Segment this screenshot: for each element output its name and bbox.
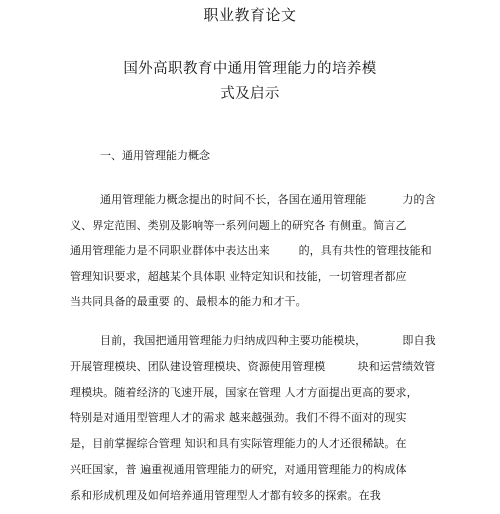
- document-title-line-1: 国外高职教育中通用管理能力的培养模: [0, 57, 500, 78]
- document-title-line-2: 式及启示: [0, 82, 500, 103]
- section-heading: 一、通用管理能力概念: [100, 147, 210, 163]
- paragraph-2-line: 兴旺国家，普 遍重视通用管理能力的研究，对通用管理能力的构成体: [70, 461, 407, 477]
- paragraph-1-line: 管理知识要求，超越某个具体职 业特定知识和技能，一切管理者都应: [70, 268, 407, 284]
- paragraph-2-line: 目前，我国把通用管理能力归纳成四种主要功能模块， 即自我: [100, 332, 436, 348]
- paragraph-1-line: 通用管理能力概念提出的时间不长，各国在通用管理能 力的含: [100, 191, 436, 207]
- paragraph-2-line: 特别是对通用型管理人才的需求 越来越强劲。我们不得不面对的现实: [70, 409, 407, 425]
- paragraph-1-line: 通用管理能力是不同职业群体中表达出来 的，具有共性的管理技能和: [70, 242, 432, 258]
- paragraph-2-line: 开展管理模块、团队建设管理模块、资源使用管理模 块和运营绩效管: [70, 358, 435, 374]
- paragraph-1-line: 当共同具备的最重要 的、最根本的能力和才干。: [70, 293, 307, 309]
- document-page: 职业教育论文 国外高职教育中通用管理能力的培养模 式及启示 一、通用管理能力概念…: [0, 0, 500, 514]
- paragraph-1-line: 义、界定范围、类别及影响等一系列问题上的研究各 有侧重。简言乙: [70, 217, 407, 233]
- paragraph-2-line: 是，目前掌握综合管理 知识和具有实际管理能力的人才还很稀缺。在: [70, 435, 407, 451]
- paragraph-2-line: 理模块。随着经济的飞速开展，国家在管理 人才方面提出更高的要求，: [70, 384, 418, 400]
- document-header: 职业教育论文: [0, 4, 500, 25]
- paragraph-2-line: 系和形成机理及如何培养通用管理型人才都有较多的探索。在我: [70, 487, 381, 503]
